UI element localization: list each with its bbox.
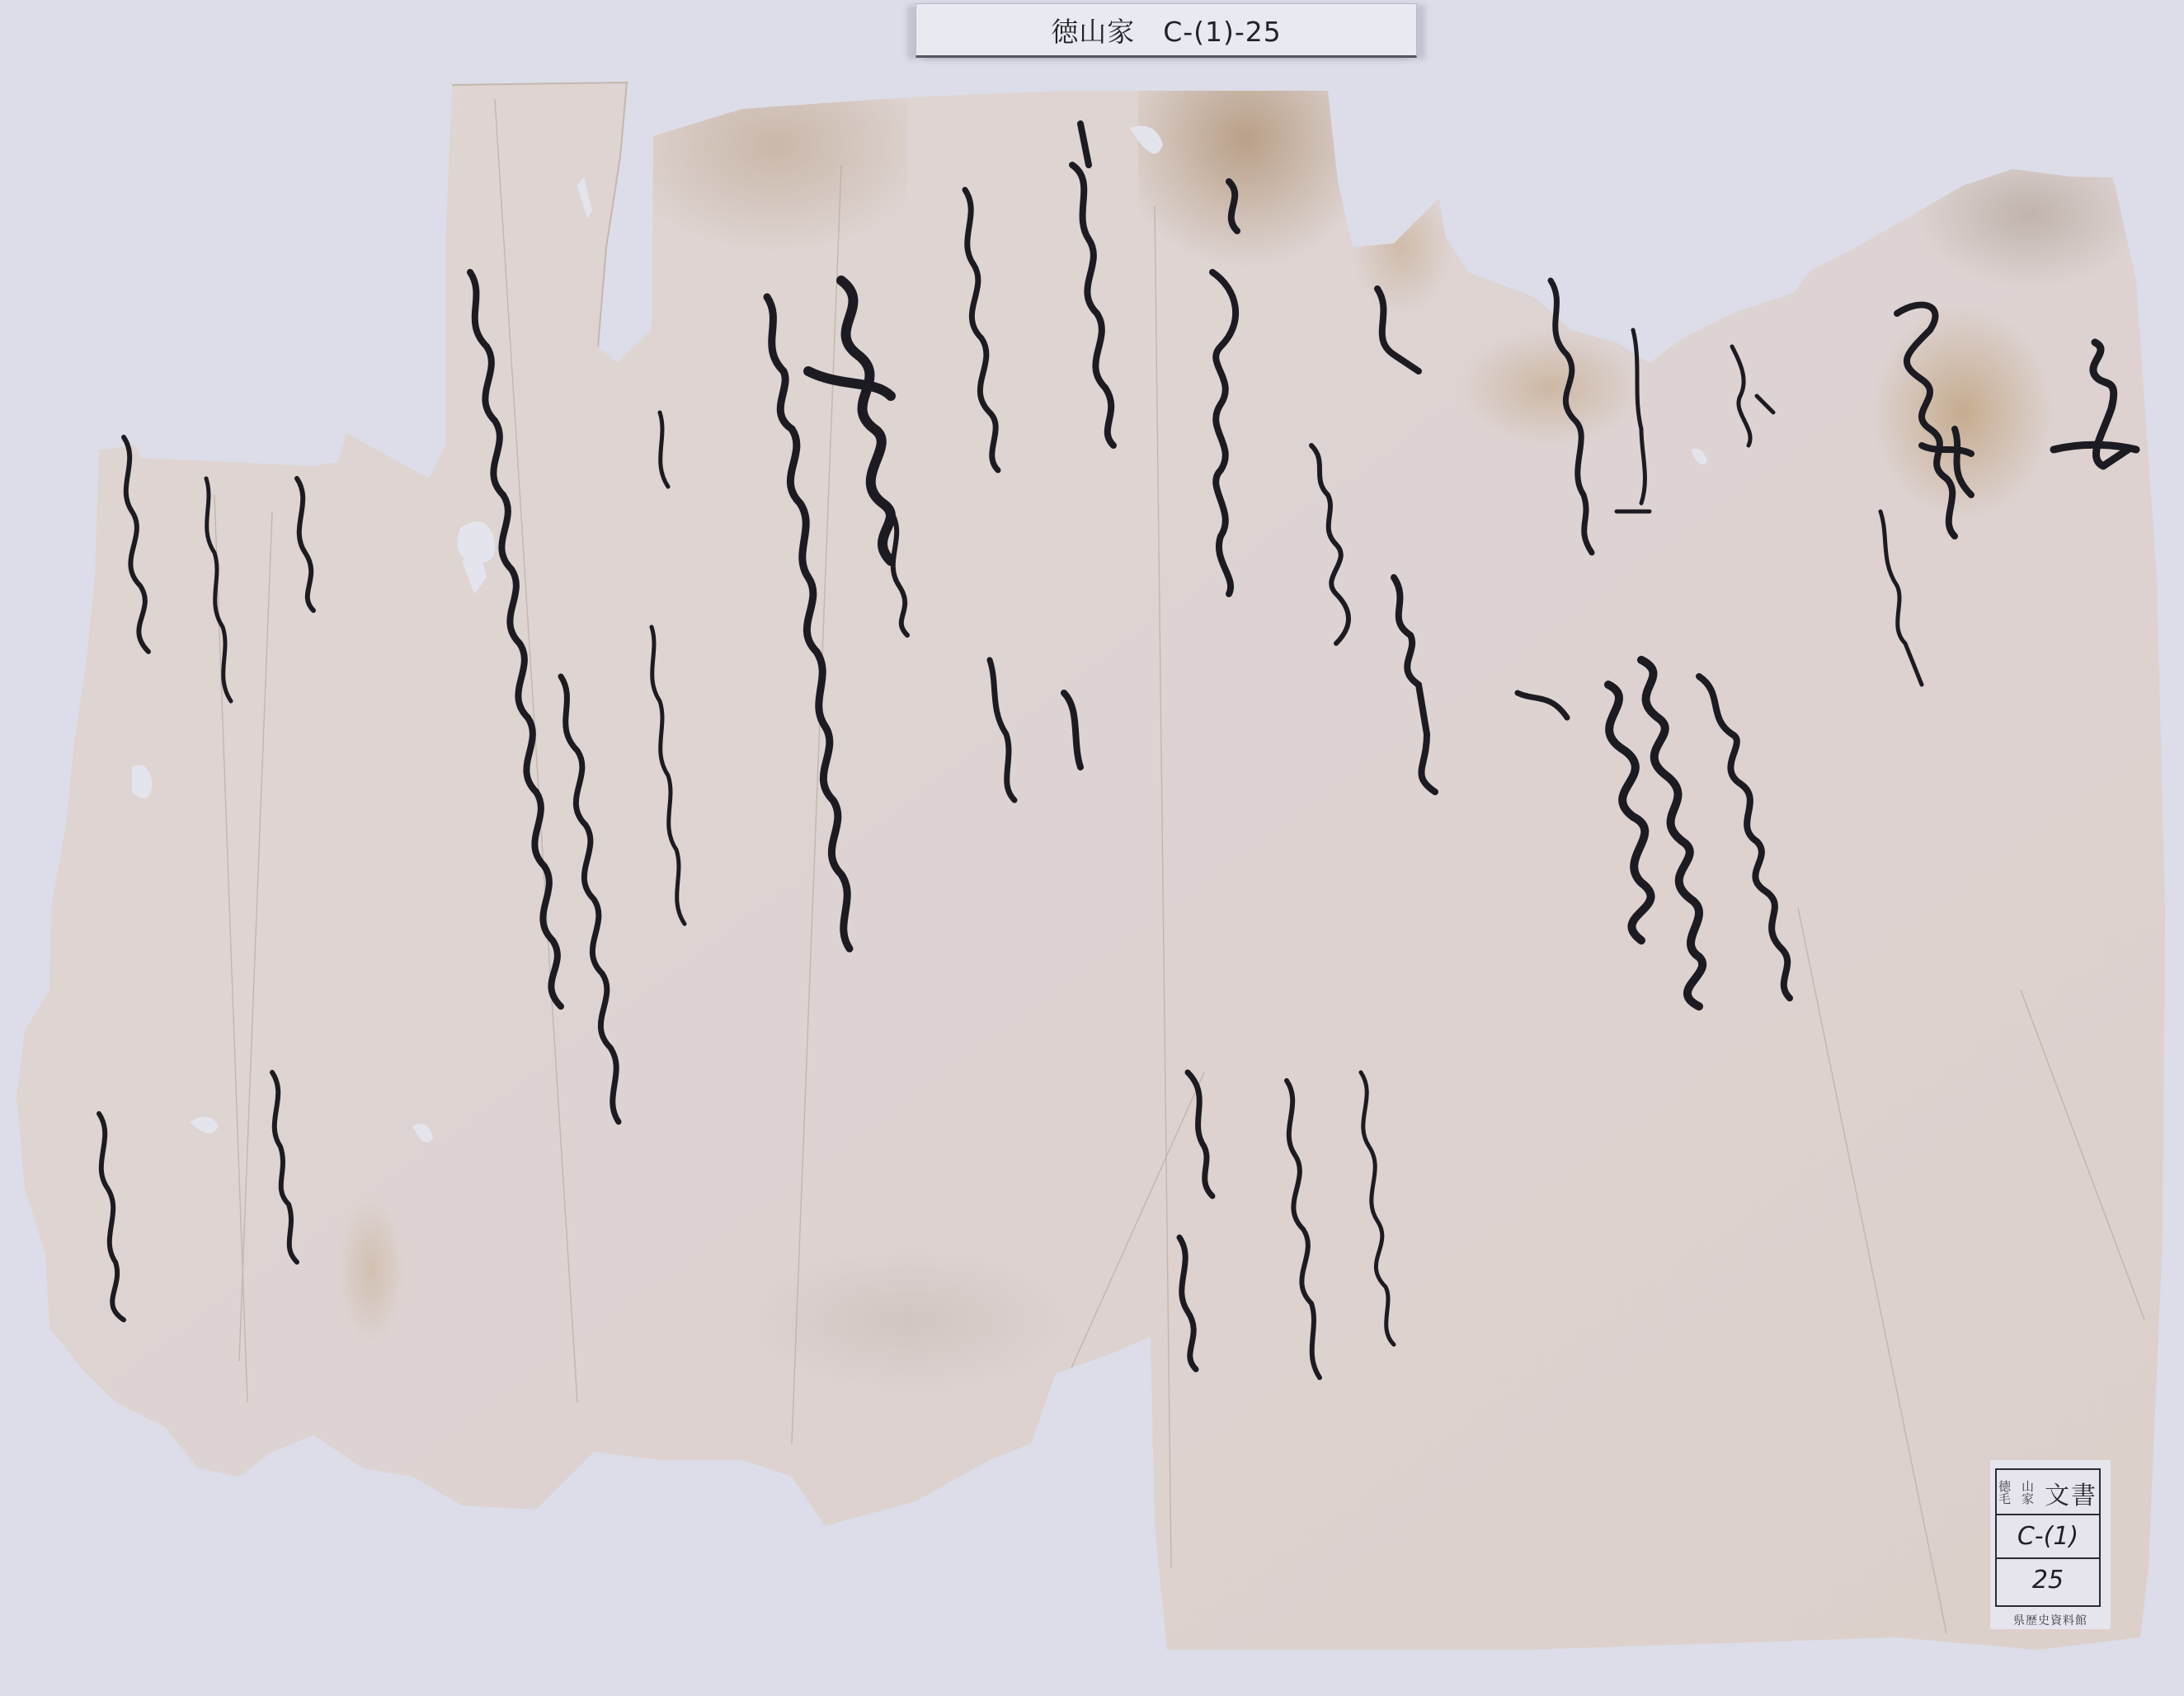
catalog-number: 25 xyxy=(1997,1566,2099,1595)
catalog-number-row: 25 xyxy=(1997,1559,2099,1605)
catalog-label: 徳 毛 山 家 文書 C-(1) 25 県歴史資料館 xyxy=(1990,1460,2111,1629)
catalog-title-row: 徳 毛 山 家 文書 xyxy=(1997,1470,2099,1515)
catalog-institution: 県歴史資料館 xyxy=(1990,1612,2111,1628)
manuscript-paper xyxy=(0,0,2184,1696)
catalog-title-stack-mid: 山 家 xyxy=(2022,1481,2034,1505)
catalog-grid: 徳 毛 山 家 文書 C-(1) 25 xyxy=(1995,1468,2101,1607)
catalog-title-right: 文書 xyxy=(2045,1475,2097,1511)
catalog-series-row: C-(1) xyxy=(1997,1515,2099,1559)
catalog-series: C-(1) xyxy=(1997,1522,2099,1551)
archive-reference-label: 徳山家 C-(1)-25 xyxy=(915,3,1417,58)
catalog-title-stack-left: 徳 毛 xyxy=(1998,1481,2011,1505)
archive-scan: 徳山家 C-(1)-25 徳 毛 山 家 文書 C-(1) xyxy=(0,0,2184,1696)
archive-reference-text: 徳山家 C-(1)-25 xyxy=(1051,11,1282,49)
